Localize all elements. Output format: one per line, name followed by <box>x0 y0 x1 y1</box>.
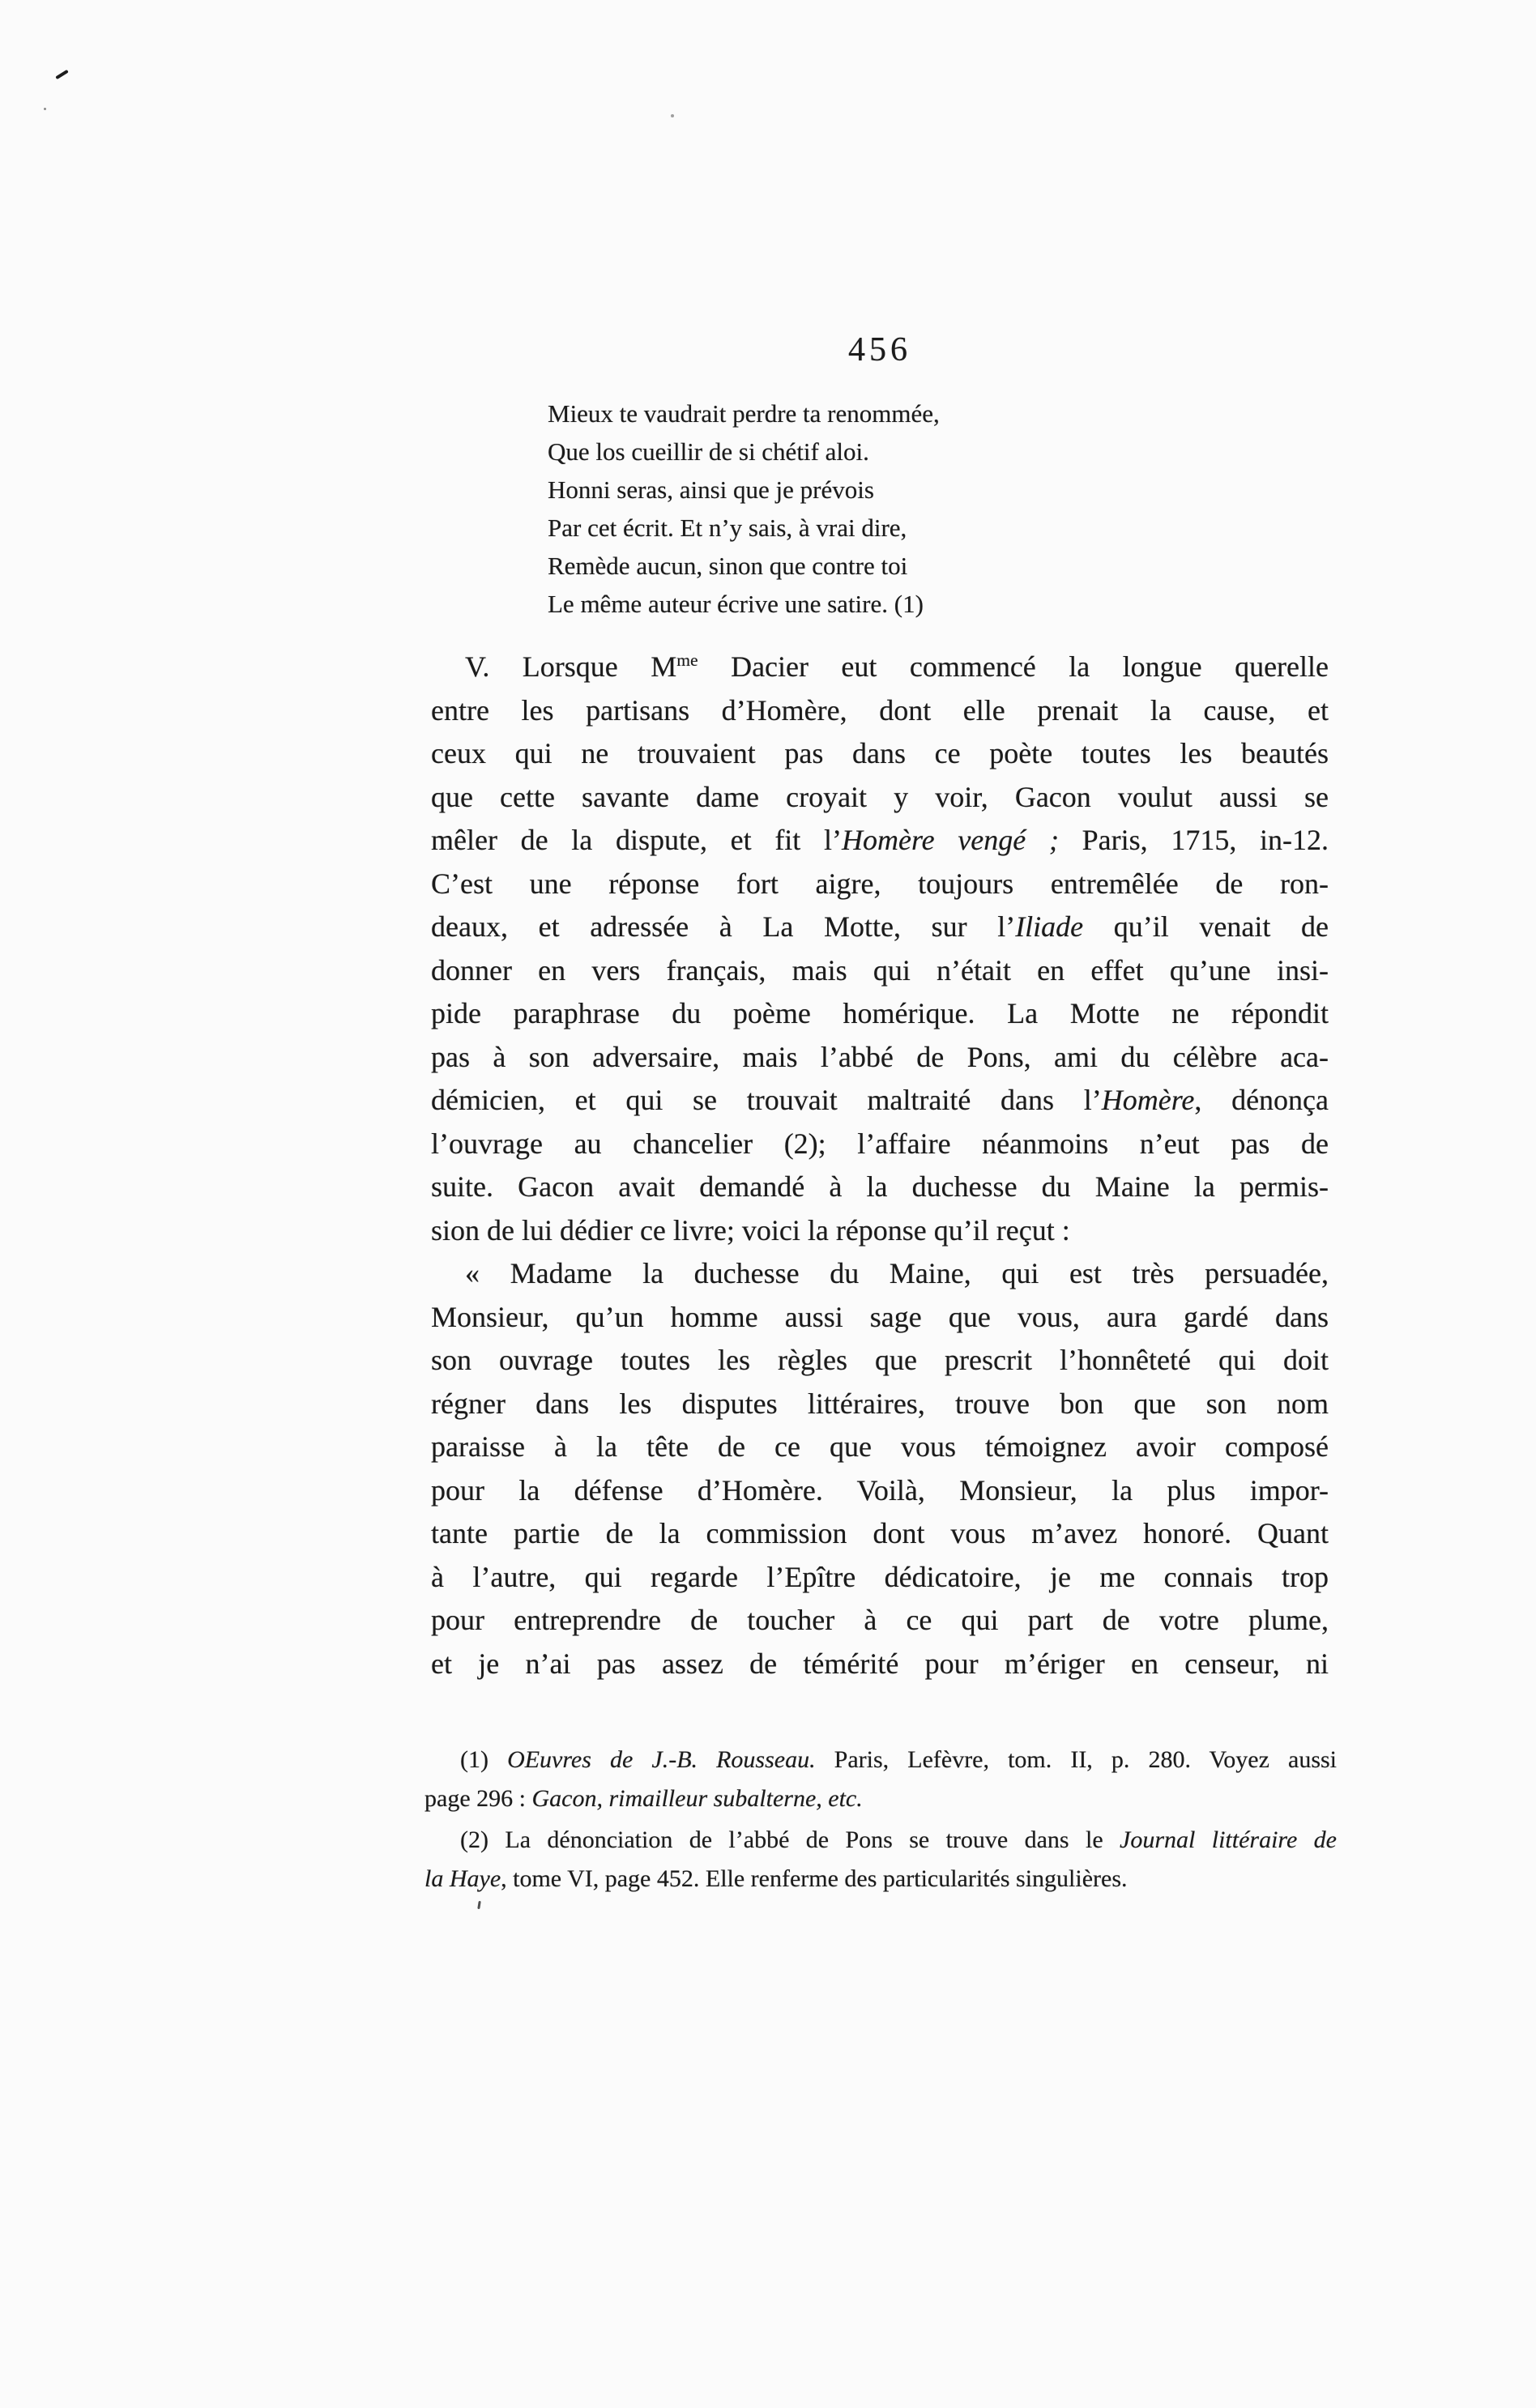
superscript-text: me <box>676 650 698 670</box>
text-line: son ouvrage toutes les règles que prescr… <box>431 1339 1329 1383</box>
paragraph-2: « Madame la duchesse du Maine, qui est t… <box>431 1252 1329 1686</box>
text-run: « Madame la duchesse du Maine, qui est t… <box>465 1257 1329 1289</box>
text-run: à l’autre, qui regarde l’Epître dédicato… <box>431 1561 1329 1593</box>
text-run: Paris, 1715, in-12. <box>1059 824 1329 856</box>
text-run: ceux qui ne trouvaient pas dans ce poète… <box>431 737 1329 769</box>
text-run: l’ouvrage au chancelier (2); l’affaire n… <box>431 1127 1329 1160</box>
footnote-line: (1) OEuvres de J.-B. Rousseau. Paris, Le… <box>425 1741 1337 1779</box>
text-line: régner dans les disputes littéraires, tr… <box>431 1383 1329 1426</box>
text-run: Monsieur, qu’un homme aussi sage que vou… <box>431 1301 1329 1333</box>
text-line: paraisse à la tête de ce que vous témoig… <box>431 1426 1329 1469</box>
verse-line: Le même auteur écrive une satire. (1) <box>548 585 940 623</box>
verse-block: Mieux te vaudrait perdre ta renommée,Que… <box>548 394 940 623</box>
text-line: Monsieur, qu’un homme aussi sage que vou… <box>431 1296 1329 1340</box>
main-text: V. Lorsque Mme Dacier eut commencé la lo… <box>431 639 1329 1686</box>
text-line: à l’autre, qui regarde l’Epître dédicato… <box>431 1556 1329 1600</box>
verse-line: Remède aucun, sinon que contre toi <box>548 547 940 585</box>
text-line: et je n’ai pas assez de témérité pour m’… <box>431 1643 1329 1686</box>
text-run: C’est une réponse fort aigre, toujours e… <box>431 867 1329 900</box>
text-run: tante partie de la commission dont vous … <box>431 1517 1329 1549</box>
footnote-line: page 296 : Gacon, rimailleur subalterne,… <box>425 1779 1337 1818</box>
text-run: Paris, Lefèvre, tom. II, p. 280. Voyez a… <box>816 1746 1337 1773</box>
text-run: , dénonça <box>1194 1084 1329 1116</box>
text-run: , tome VI, page 452. Elle renferme des p… <box>501 1865 1127 1892</box>
text-run: régner dans les disputes littéraires, tr… <box>431 1387 1329 1420</box>
verse-line: Honni seras, ainsi que je prévois <box>548 471 940 509</box>
italic-text: Gacon, rimailleur subalterne, etc. <box>531 1785 862 1812</box>
text-line: sion de lui dédier ce livre; voici la ré… <box>431 1209 1329 1253</box>
text-line: ceux qui ne trouvaient pas dans ce poète… <box>431 732 1329 776</box>
scan-artifact-dot <box>44 108 46 110</box>
text-line: pour la défense d’Homère. Voilà, Monsieu… <box>431 1469 1329 1513</box>
text-line: pas à son adversaire, mais l’abbé de Pon… <box>431 1036 1329 1080</box>
text-run: page 296 : <box>425 1785 531 1812</box>
text-run: paraisse à la tête de ce que vous témoig… <box>431 1430 1329 1463</box>
text-run: pide paraphrase du poème homérique. La M… <box>431 997 1329 1029</box>
text-run: deaux, et adressée à La Motte, sur l’ <box>431 910 1015 943</box>
text-line: tante partie de la commission dont vous … <box>431 1512 1329 1556</box>
italic-text: Homère <box>1102 1084 1195 1116</box>
italic-text: Journal littéraire de <box>1120 1826 1337 1853</box>
paragraph-1: V. Lorsque Mme Dacier eut commencé la lo… <box>431 639 1329 1252</box>
footnote-2: (2) La dénonciation de l’abbé de Pons se… <box>425 1821 1337 1899</box>
text-run: Honni seras, ainsi que je prévois <box>548 475 874 504</box>
footnote-line: (2) La dénonciation de l’abbé de Pons se… <box>425 1821 1337 1860</box>
text-run: Par cet écrit. Et n’y sais, à vrai dire, <box>548 514 907 542</box>
text-line: pide paraphrase du poème homérique. La M… <box>431 992 1329 1036</box>
text-run: entre les partisans d’Homère, dont elle … <box>431 694 1329 727</box>
text-run: pas à son adversaire, mais l’abbé de Pon… <box>431 1041 1329 1073</box>
text-run: (1) <box>460 1746 507 1773</box>
text-line: « Madame la duchesse du Maine, qui est t… <box>431 1252 1329 1296</box>
text-run: Mieux te vaudrait perdre ta renommée, <box>548 399 940 428</box>
text-run: V. Lorsque M <box>465 650 676 683</box>
footnote-1: (1) OEuvres de J.-B. Rousseau. Paris, Le… <box>425 1741 1337 1818</box>
scan-artifact-mark <box>477 1901 481 1909</box>
text-line: suite. Gacon avait demandé à la duchesse… <box>431 1166 1329 1209</box>
text-run: donner en vers français, mais qui n’étai… <box>431 954 1329 987</box>
text-run: sion de lui dédier ce livre; voici la ré… <box>431 1214 1070 1247</box>
italic-text: Iliade <box>1015 910 1083 943</box>
text-run: pour la défense d’Homère. Voilà, Monsieu… <box>431 1474 1329 1507</box>
text-line: démicien, et qui se trouvait maltraité d… <box>431 1079 1329 1123</box>
text-line: C’est une réponse fort aigre, toujours e… <box>431 863 1329 906</box>
text-line: que cette savante dame croyait y voir, G… <box>431 776 1329 820</box>
italic-text: la Haye <box>425 1865 501 1892</box>
text-line: entre les partisans d’Homère, dont elle … <box>431 689 1329 733</box>
text-line: deaux, et adressée à La Motte, sur l’Ili… <box>431 906 1329 949</box>
text-run: et je n’ai pas assez de témérité pour m’… <box>431 1647 1329 1680</box>
page-sheet: 456 Mieux te vaudrait perdre ta renommée… <box>0 0 1536 2408</box>
text-run: mêler de la dispute, et fit l’ <box>431 824 842 856</box>
text-run: Le même auteur écrive une satire. (1) <box>548 590 924 618</box>
text-run: Que los cueillir de si chétif aloi. <box>548 437 869 466</box>
footnotes-section: (1) OEuvres de J.-B. Rousseau. Paris, Le… <box>425 1741 1337 1899</box>
text-run: (2) La dénonciation de l’abbé de Pons se… <box>460 1826 1120 1853</box>
text-run: pour entreprendre de toucher à ce qui pa… <box>431 1604 1329 1636</box>
text-line: pour entreprendre de toucher à ce qui pa… <box>431 1599 1329 1643</box>
text-run: suite. Gacon avait demandé à la duchesse… <box>431 1170 1329 1203</box>
text-run: Dacier eut commencé la longue querelle <box>698 650 1329 683</box>
page-number: 456 <box>431 330 1329 369</box>
verse-line: Par cet écrit. Et n’y sais, à vrai dire, <box>548 509 940 547</box>
verse-line: Mieux te vaudrait perdre ta renommée, <box>548 394 940 433</box>
scan-artifact-dot <box>671 114 674 117</box>
scan-artifact-tick <box>55 70 69 79</box>
text-run: Remède aucun, sinon que contre toi <box>548 552 907 580</box>
text-run: son ouvrage toutes les règles que prescr… <box>431 1344 1329 1376</box>
italic-text: OEuvres de J.-B. Rousseau. <box>507 1746 816 1773</box>
verse-line: Que los cueillir de si chétif aloi. <box>548 433 940 471</box>
text-run: démicien, et qui se trouvait maltraité d… <box>431 1084 1102 1116</box>
italic-text: Homère vengé ; <box>842 824 1059 856</box>
text-run: qu’il venait de <box>1083 910 1329 943</box>
text-line: donner en vers français, mais qui n’étai… <box>431 949 1329 993</box>
text-line: l’ouvrage au chancelier (2); l’affaire n… <box>431 1123 1329 1166</box>
text-line: mêler de la dispute, et fit l’Homère ven… <box>431 819 1329 863</box>
text-line: V. Lorsque Mme Dacier eut commencé la lo… <box>431 639 1329 689</box>
text-run: que cette savante dame croyait y voir, G… <box>431 781 1329 813</box>
book-page-scan: { "page": { "number": "456", "ink_color"… <box>0 0 1536 2408</box>
footnote-line: la Haye, tome VI, page 452. Elle renferm… <box>425 1860 1337 1899</box>
